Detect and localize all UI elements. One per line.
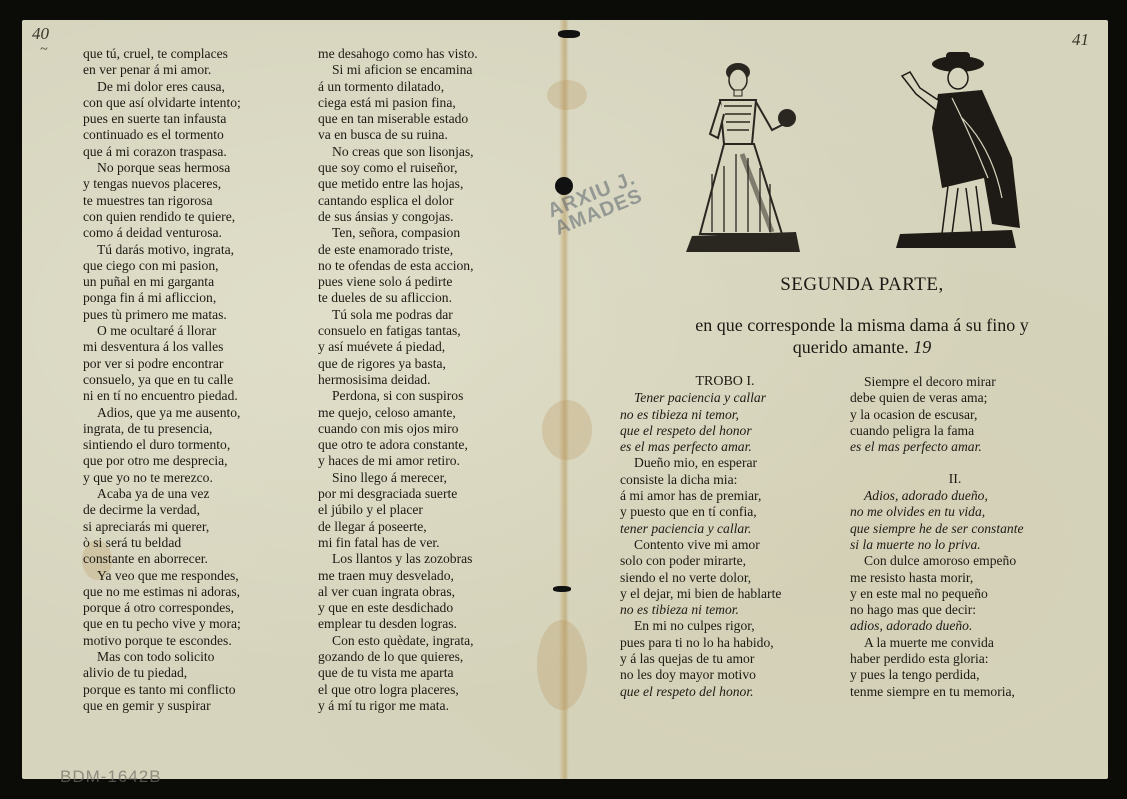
verse-line: haber perdido esta gloria:: [850, 651, 1060, 667]
verse-line: adios, adorado dueño.: [850, 618, 1060, 634]
verse-line: que el respeto del honor: [620, 423, 830, 439]
verse-line: que en tu pecho vive y mora;: [83, 616, 241, 632]
woman-woodcut-illustration: [672, 54, 812, 254]
handwritten-note: 19: [913, 337, 931, 357]
page-number-right: 41: [1072, 30, 1089, 50]
verse-line: y que en este desdichado: [318, 600, 478, 616]
verse-line: No creas que son lisonjas,: [318, 144, 478, 160]
verse-line: Dueño mio, en esperar: [620, 455, 830, 471]
verse-line: tenme siempre en tu memoria,: [850, 684, 1060, 700]
page-number-left: 40: [32, 24, 49, 44]
verse-line: No porque seas hermosa: [83, 160, 241, 176]
left-page-column-2: me desahogo como has visto.Si mi aficion…: [318, 46, 478, 714]
verse-line: gozando de lo que quieres,: [318, 649, 478, 665]
verse-line: Con esto quèdate, ingrata,: [318, 633, 478, 649]
right-page-column-2: Siempre el decoro mirardebe quien de ver…: [850, 374, 1060, 700]
verse-line: que en gemir y suspirar: [83, 698, 241, 714]
verse-line: que de tu vista me aparta: [318, 665, 478, 681]
verse-line: por mi desgraciada suerte: [318, 486, 478, 502]
verse-line: no te ofendas de esta accion,: [318, 258, 478, 274]
verse-line: que á mi corazon traspasa.: [83, 144, 241, 160]
verse-line: que soy como el ruiseñor,: [318, 160, 478, 176]
verse-line: Tú sola me podras dar: [318, 307, 478, 323]
binding-hole: [553, 586, 571, 592]
verse-line: ciega está mi pasion fina,: [318, 95, 478, 111]
verse-line: es el mas perfecto amar.: [620, 439, 830, 455]
verse-line: de sus ánsias y congojas.: [318, 209, 478, 225]
verse-line: de llegar á poseerte,: [318, 519, 478, 535]
verse-line: me quejo, celoso amante,: [318, 405, 478, 421]
verse-line: que en tan miserable estado: [318, 111, 478, 127]
verse-line: y el dejar, mi bien de hablarte: [620, 586, 830, 602]
verse-line: un puñal en mi garganta: [83, 274, 241, 290]
verse-line: no les doy mayor motivo: [620, 667, 830, 683]
verse-line: A la muerte me convida: [850, 635, 1060, 651]
verse-line: que por otro me desprecia,: [83, 453, 241, 469]
verse-line: y puesto que en tí confia,: [620, 504, 830, 520]
verse-line: tener paciencia y callar.: [620, 521, 830, 537]
verse-line: que otro te adora constante,: [318, 437, 478, 453]
verse-line: consuelo en fatigas tantas,: [318, 323, 478, 339]
verse-line: me traen muy desvelado,: [318, 568, 478, 584]
verse-line: no me olvides en tu vida,: [850, 504, 1060, 520]
verse-line: y tengas nuevos placeres,: [83, 176, 241, 192]
verse-line: motivo porque te escondes.: [83, 633, 241, 649]
subtitle-line-2: querido amante. 19: [622, 336, 1102, 358]
verse-line: ni en tí no encuentro piedad.: [83, 388, 241, 404]
verse-line: pues en suerte tan infausta: [83, 111, 241, 127]
stain: [537, 620, 587, 710]
verse-line: [850, 455, 1060, 471]
verse-line: cantando esplica el dolor: [318, 193, 478, 209]
verse-line: porque á otro correspondes,: [83, 600, 241, 616]
verse-line: mi fin fatal has de ver.: [318, 535, 478, 551]
verse-line: Con dulce amoroso empeño: [850, 553, 1060, 569]
verse-line: constante en aborrecer.: [83, 551, 241, 567]
verse-line: que metido entre las hojas,: [318, 176, 478, 192]
verse-line: consiste la dicha mia:: [620, 472, 830, 488]
verse-line: y la ocasion de escusar,: [850, 407, 1060, 423]
verse-line: de este enamorado triste,: [318, 242, 478, 258]
verse-line: que tú, cruel, te complaces: [83, 46, 241, 62]
verse-line: continuado es el tormento: [83, 127, 241, 143]
verse-line: Mas con todo solicito: [83, 649, 241, 665]
verse-line: sintiendo el duro tormento,: [83, 437, 241, 453]
verse-line: es el mas perfecto amar.: [850, 439, 1060, 455]
verse-line: como á deidad venturosa.: [83, 225, 241, 241]
verse-line: De mi dolor eres causa,: [83, 79, 241, 95]
right-page-column-1: TROBO I.Tener paciencia y callarno es ti…: [620, 374, 830, 700]
verse-line: ingrata, de tu presencia,: [83, 421, 241, 437]
stain: [547, 80, 587, 110]
binding-hole: [558, 30, 580, 38]
verse-line: y á las quejas de tu amor: [620, 651, 830, 667]
verse-line: con quien rendido te quiere,: [83, 209, 241, 225]
verse-line: Sino llego á merecer,: [318, 470, 478, 486]
stanza-heading: II.: [850, 472, 1060, 488]
verse-line: si la muerte no lo priva.: [850, 537, 1060, 553]
verse-line: Siempre el decoro mirar: [850, 374, 1060, 390]
verse-line: ò si será tu beldad: [83, 535, 241, 551]
verse-line: y pues la tengo perdida,: [850, 667, 1060, 683]
verse-line: y así muévete á piedad,: [318, 339, 478, 355]
verse-line: cuando con mis ojos miro: [318, 421, 478, 437]
section-title: SEGUNDA PARTE,: [622, 274, 1102, 296]
verse-line: siendo el no verte dolor,: [620, 570, 830, 586]
verse-line: que el respeto del honor.: [620, 684, 830, 700]
verse-line: hermosisima deidad.: [318, 372, 478, 388]
verse-line: Tener paciencia y callar: [620, 390, 830, 406]
verse-line: que siempre he de ser constante: [850, 521, 1060, 537]
verse-line: si apreciarás mi querer,: [83, 519, 241, 535]
verse-line: de decirme la verdad,: [83, 502, 241, 518]
verse-line: solo con poder mirarte,: [620, 553, 830, 569]
stanza-heading: TROBO I.: [620, 374, 830, 390]
verse-line: á un tormento dilatado,: [318, 79, 478, 95]
verse-line: emplear tu desden logras.: [318, 616, 478, 632]
subtitle-line-1: en que corresponde la misma dama á su fi…: [622, 314, 1102, 336]
verse-line: me resisto hasta morir,: [850, 570, 1060, 586]
stain: [542, 400, 592, 460]
verse-line: va en busca de su ruina.: [318, 127, 478, 143]
verse-line: debe quien de veras ama;: [850, 390, 1060, 406]
verse-line: al ver cuan ingrata obras,: [318, 584, 478, 600]
verse-line: consuelo, ya que en tu calle: [83, 372, 241, 388]
verse-line: Los llantos y las zozobras: [318, 551, 478, 567]
verse-line: con que así olvidarte intento;: [83, 95, 241, 111]
verse-line: Si mi aficion se encamina: [318, 62, 478, 78]
verse-line: Contento vive mi amor: [620, 537, 830, 553]
subtitle-text: querido amante.: [793, 337, 909, 357]
verse-line: te dueles de su afliccion.: [318, 290, 478, 306]
verse-line: el que otro logra placeres,: [318, 682, 478, 698]
verse-line: porque es tanto mi conflicto: [83, 682, 241, 698]
verse-line: Perdona, si con suspiros: [318, 388, 478, 404]
verse-line: que ciego con mi pasion,: [83, 258, 241, 274]
verse-line: no hago mas que decir:: [850, 602, 1060, 618]
verse-line: el júbilo y el placer: [318, 502, 478, 518]
left-page-column-1: que tú, cruel, te complacesen ver penar …: [83, 46, 241, 714]
verse-line: mi desventura á los valles: [83, 339, 241, 355]
verse-line: pues viene solo á pedirte: [318, 274, 478, 290]
section-subtitle: en que corresponde la misma dama á su fi…: [622, 314, 1102, 358]
verse-line: cuando peligra la fama: [850, 423, 1060, 439]
pencil-mark: ~: [40, 42, 48, 58]
verse-line: Adios, adorado dueño,: [850, 488, 1060, 504]
verse-line: O me ocultaré á llorar: [83, 323, 241, 339]
verse-line: que de rigores ya basta,: [318, 356, 478, 372]
verse-line: y haces de mi amor retiro.: [318, 453, 478, 469]
verse-line: por ver si podre encontrar: [83, 356, 241, 372]
verse-line: alivio de tu piedad,: [83, 665, 241, 681]
broadside-sheet: 40 ~ 41 ARXIU J. AMADES que tú, cruel, t…: [22, 20, 1108, 779]
verse-line: Ten, señora, compasion: [318, 225, 478, 241]
verse-line: Ya veo que me respondes,: [83, 568, 241, 584]
verse-line: y en este mal no pequeño: [850, 586, 1060, 602]
verse-line: pues tù primero me matas.: [83, 307, 241, 323]
verse-line: Tú darás motivo, ingrata,: [83, 242, 241, 258]
man-woodcut-illustration: [892, 48, 1022, 248]
verse-line: Adios, que ya me ausento,: [83, 405, 241, 421]
verse-line: y á mí tu rigor me mata.: [318, 698, 478, 714]
verse-line: me desahogo como has visto.: [318, 46, 478, 62]
verse-line: te muestres tan rigorosa: [83, 193, 241, 209]
verse-line: pues para ti no lo ha habido,: [620, 635, 830, 651]
verse-line: en ver penar á mi amor.: [83, 62, 241, 78]
verse-line: Acaba ya de una vez: [83, 486, 241, 502]
verse-line: á mi amor has de premiar,: [620, 488, 830, 504]
verse-line: ponga fin á mi afliccion,: [83, 290, 241, 306]
verse-line: no es tibieza ni temor,: [620, 407, 830, 423]
verse-line: no es tibieza ni temor.: [620, 602, 830, 618]
verse-line: y que yo no te merezco.: [83, 470, 241, 486]
verse-line: que no me estimas ni adoras,: [83, 584, 241, 600]
verse-line: En mi no culpes rigor,: [620, 618, 830, 634]
shelfmark: BDM-1642B: [60, 767, 162, 787]
